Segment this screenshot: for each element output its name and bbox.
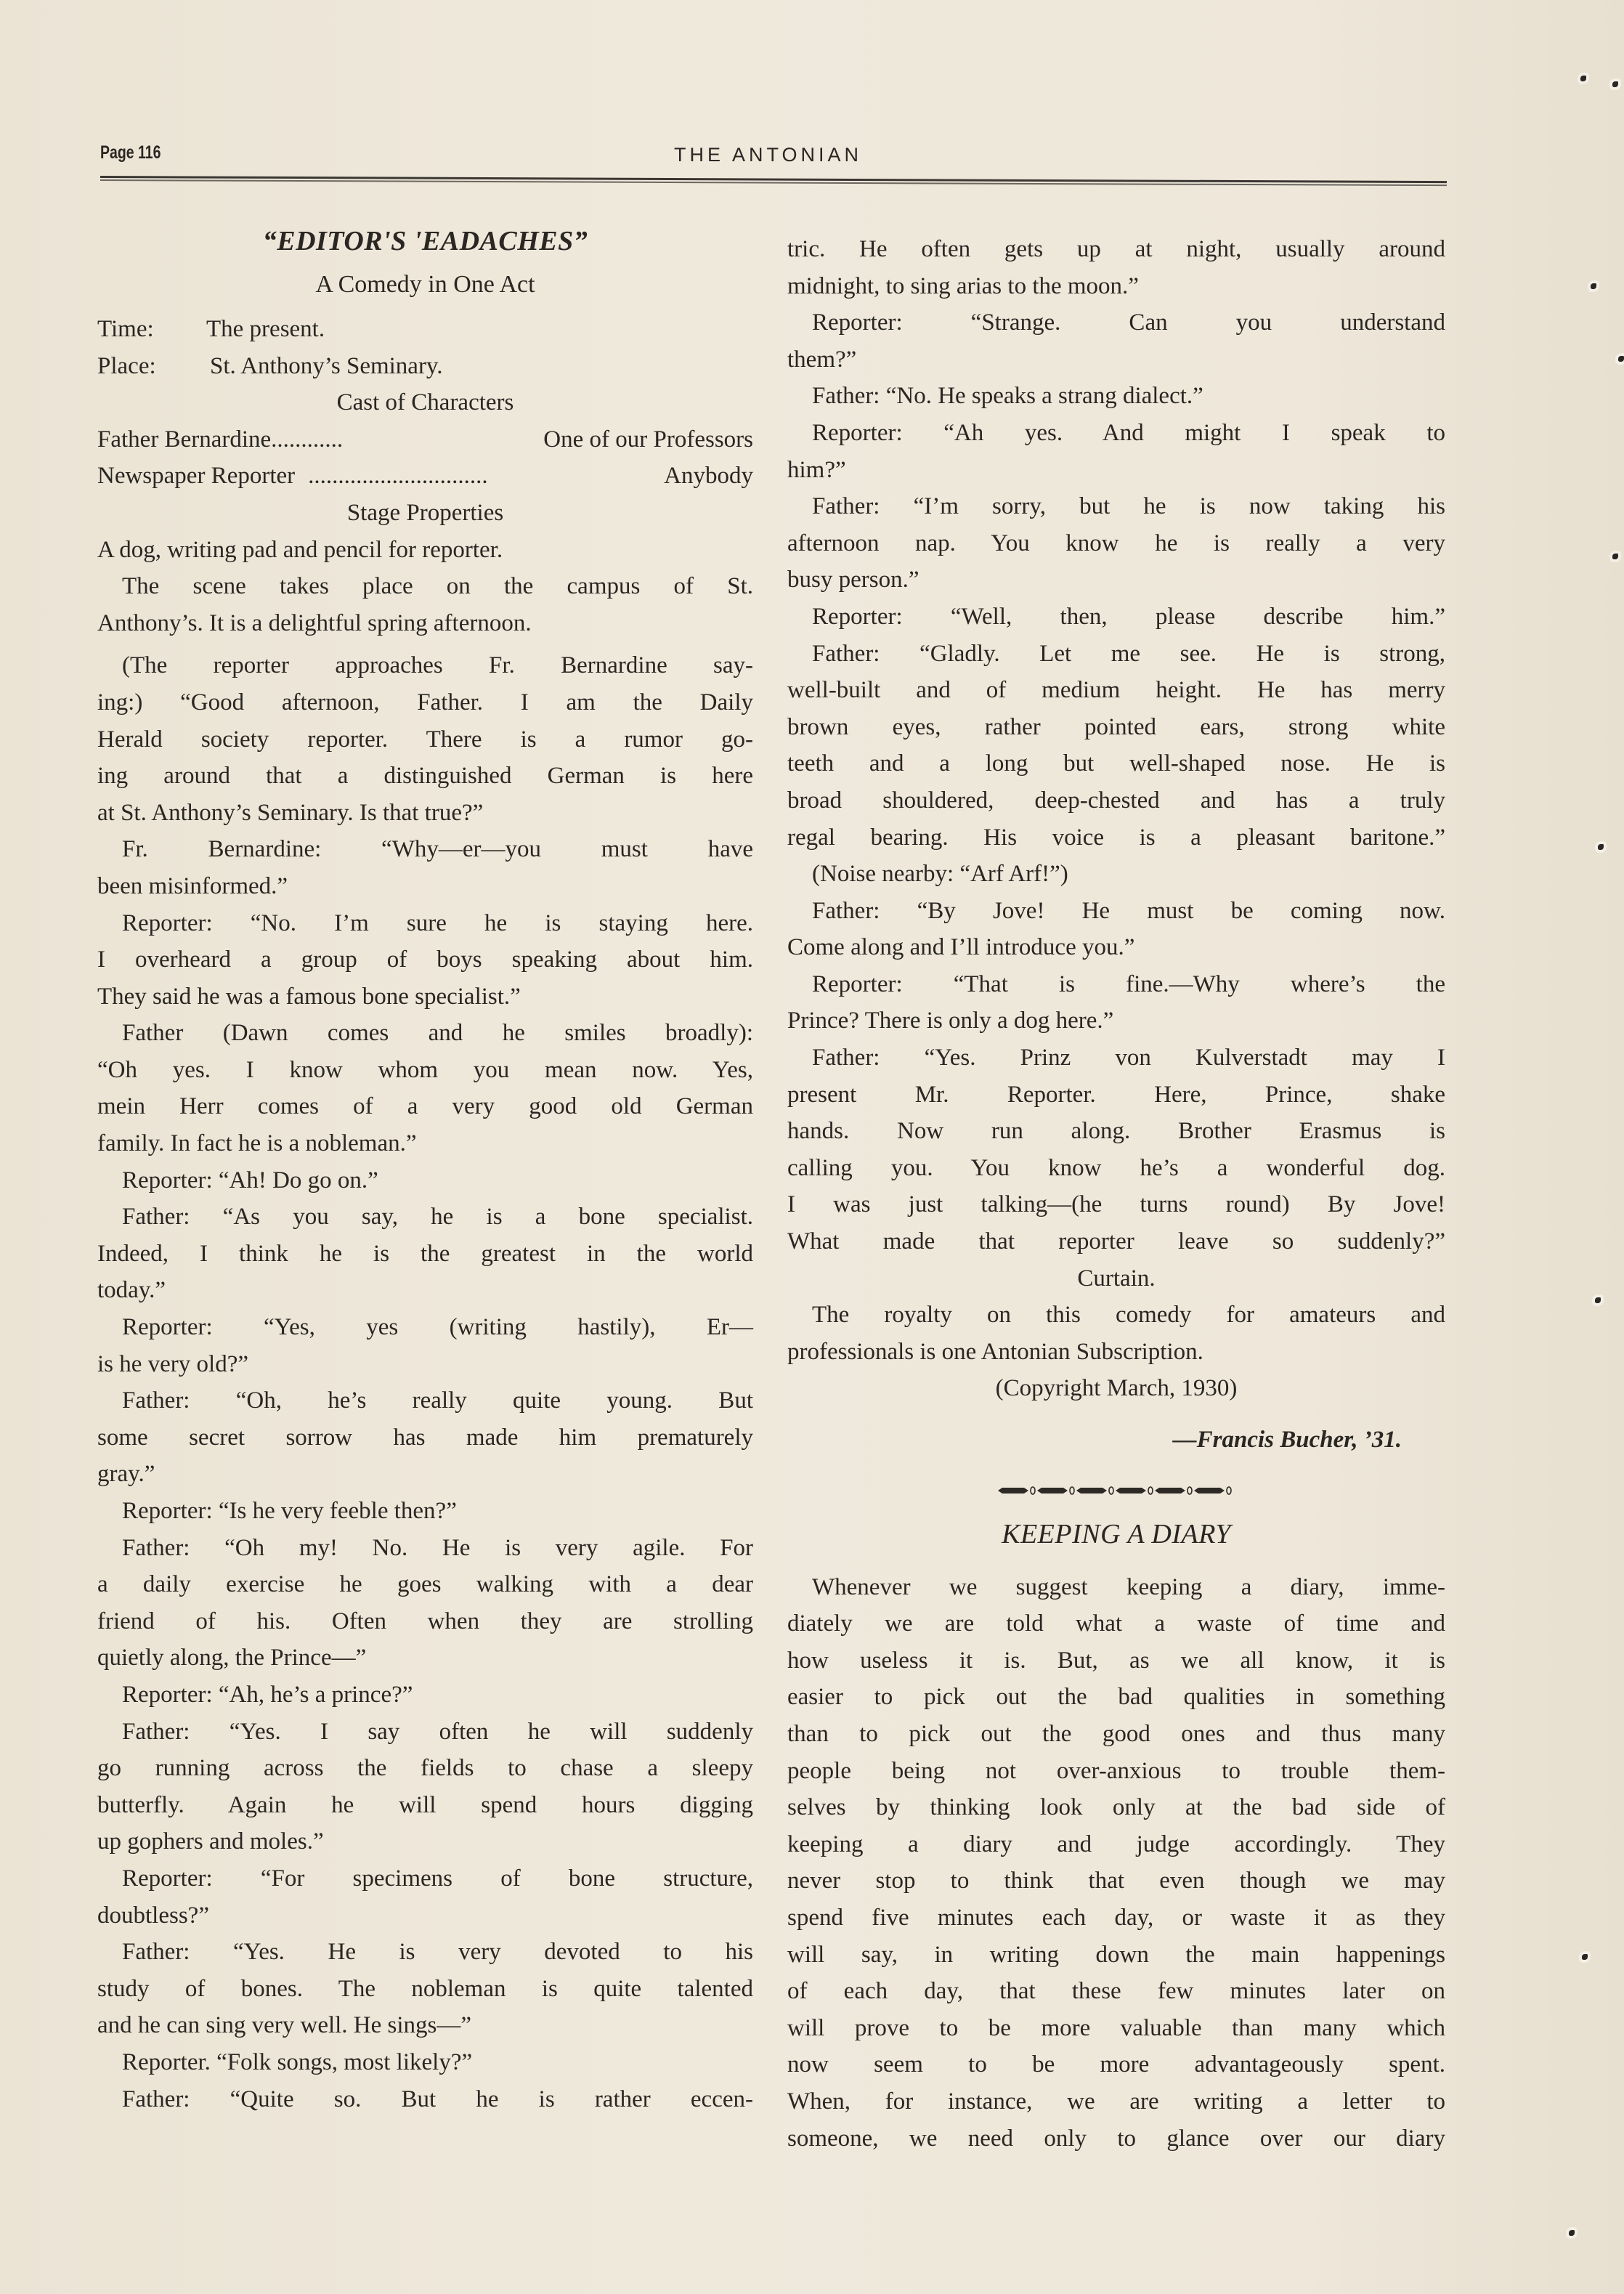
text-line: some secret sorrow has made him prematur… <box>97 1419 753 1456</box>
binding-hole-mark <box>1591 283 1596 289</box>
text-line: afternoon nap. You know he is really a v… <box>787 525 1445 562</box>
cast-description: Anybody <box>664 458 753 495</box>
cast-dots: ............ <box>271 421 543 458</box>
text-line: ing:) “Good afternoon, Father. I am the … <box>97 684 753 721</box>
text-line: Fr. Bernardine: “Why—er—you must have <box>97 831 753 868</box>
cast-description: One of our Professors <box>543 421 753 458</box>
properties-heading: Stage Properties <box>97 495 753 532</box>
text-line: Come along and I’ll introduce you.” <box>787 929 1445 966</box>
text-line: Father: “Yes. I say often he will sudden… <box>97 1714 753 1751</box>
text-line: how useless it is. But, as we all know, … <box>787 1642 1445 1679</box>
place-value: St. Anthony’s Seminary. <box>210 353 443 379</box>
text-line: study of bones. The nobleman is quite ta… <box>97 1971 753 2008</box>
royalty-line: professionals is one Antonian Subscripti… <box>787 1334 1445 1371</box>
header-rule <box>100 176 1447 186</box>
text-line: I was just talking—(he turns round) By J… <box>787 1186 1445 1223</box>
text-line: Father: “By Jove! He must be coming now. <box>787 893 1445 930</box>
text-line: present Mr. Reporter. Here, Prince, shak… <box>787 1077 1445 1114</box>
text-line: today.” <box>97 1272 753 1309</box>
text-line: Indeed, I think he is the greatest in th… <box>97 1236 753 1273</box>
left-column: “EDITOR'S 'EADACHES” A Comedy in One Act… <box>97 218 753 2117</box>
text-line: butterfly. Again he will spend hours dig… <box>97 1787 753 1824</box>
text-line: When, for instance, we are writing a let… <box>787 2083 1445 2120</box>
text-line: is he very old?” <box>97 1346 753 1383</box>
text-line: mein Herr comes of a very good old Germa… <box>97 1088 753 1125</box>
cast-role: Father Bernardine <box>97 421 271 458</box>
text-line: brown eyes, rather pointed ears, strong … <box>787 709 1445 746</box>
text-line: Anthony’s. It is a delightful spring aft… <box>97 605 753 642</box>
text-line: (Noise nearby: “Arf Arf!”) <box>787 856 1445 893</box>
text-line: They said he was a famous bone specialis… <box>97 978 753 1016</box>
text-line: keeping a diary and judge accordingly. T… <box>787 1826 1445 1863</box>
text-line: tric. He often gets up at night, usually… <box>787 231 1445 268</box>
text-line: spend five minutes each day, or waste it… <box>787 1900 1445 1937</box>
text-line: Father: “Oh, he’s really quite young. Bu… <box>97 1382 753 1419</box>
text-line: Father: “Quite so. But he is rather ecce… <box>97 2081 753 2118</box>
binding-hole-mark <box>1595 1297 1601 1303</box>
journal-title: THE ANTONIAN <box>674 144 862 166</box>
text-line: Reporter: “Ah, he’s a prince?” <box>97 1677 753 1714</box>
play-title: “EDITOR'S 'EADACHES” <box>97 218 753 264</box>
cast-role: Newspaper Reporter <box>97 458 295 495</box>
time-value: The present. <box>206 316 325 342</box>
binding-hole-mark <box>1612 554 1618 559</box>
text-line: selves by thinking look only at the bad … <box>787 1789 1445 1826</box>
chain-ornament-icon <box>996 1486 1236 1496</box>
text-line: Reporter: “Well, then, please describe h… <box>787 599 1445 636</box>
text-line: Reporter: “Ah! Do go on.” <box>97 1162 753 1199</box>
text-line: never stop to think that even though we … <box>787 1863 1445 1900</box>
text-line: Father: “As you say, he is a bone specia… <box>97 1199 753 1236</box>
text-line: teeth and a long but well-shaped nose. H… <box>787 745 1445 782</box>
curtain-line: Curtain. <box>787 1260 1445 1297</box>
text-line: ing around that a distinguished German i… <box>97 758 753 795</box>
binding-hole-mark <box>1569 2230 1575 2236</box>
text-line: The scene takes place on the campus of S… <box>97 568 753 605</box>
text-line: Father: “Yes. He is very devoted to his <box>97 1934 753 1971</box>
text-line: diately we are told what a waste of time… <box>787 1605 1445 1642</box>
author-byline: —Francis Bucher, ’31. <box>787 1422 1445 1459</box>
text-line: easier to pick out the bad qualities in … <box>787 1679 1445 1716</box>
text-line: What made that reporter leave so suddenl… <box>787 1223 1445 1260</box>
text-line: a daily exercise he goes walking with a … <box>97 1566 753 1603</box>
text-line: well-built and of medium height. He has … <box>787 672 1445 709</box>
text-line: midnight, to sing arias to the moon.” <box>787 268 1445 305</box>
text-line: been misinformed.” <box>97 868 753 905</box>
binding-hole-mark <box>1580 76 1586 81</box>
text-line: I overheard a group of boys speaking abo… <box>97 941 753 978</box>
play-subtitle: A Comedy in One Act <box>97 264 753 305</box>
text-line: of each day, that these few minutes late… <box>787 1973 1445 2010</box>
text-line: “Oh yes. I know whom you mean now. Yes, <box>97 1052 753 1089</box>
text-line: doubtless?” <box>97 1897 753 1934</box>
cast-row: Father Bernardine ............ One of ou… <box>97 421 753 458</box>
section-divider-ornament <box>787 1483 1445 1498</box>
cast-row: Newspaper Reporter .....................… <box>97 458 753 495</box>
right-column: tric. He often gets up at night, usually… <box>787 231 1445 2157</box>
text-line: Reporter: “Yes, yes (writing hastily), E… <box>97 1309 753 1346</box>
text-line: quietly along, the Prince—” <box>97 1640 753 1677</box>
diary-title: KEEPING A DIARY <box>787 1511 1445 1557</box>
text-line: someone, we need only to glance over our… <box>787 2120 1445 2157</box>
text-line: Father: “Gladly. Let me see. He is stron… <box>787 636 1445 673</box>
text-line: up gophers and moles.” <box>97 1823 753 1860</box>
text-line: Reporter: “For specimens of bone structu… <box>97 1860 753 1897</box>
text-line: Father (Dawn comes and he smiles broadly… <box>97 1015 753 1052</box>
text-line: busy person.” <box>787 562 1445 599</box>
text-line: will say, in writing down the main happe… <box>787 1937 1445 1974</box>
text-line: gray.” <box>97 1456 753 1493</box>
binding-hole-mark <box>1612 81 1618 87</box>
text-line: now seem to be more advantageously spent… <box>787 2046 1445 2083</box>
text-line: go running across the fields to chase a … <box>97 1750 753 1787</box>
text-line: him?” <box>787 452 1445 489</box>
text-line: and he can sing very well. He sings—” <box>97 2007 753 2044</box>
binding-hole-mark <box>1582 1954 1588 1960</box>
text-line: A dog, writing pad and pencil for report… <box>97 532 753 569</box>
text-line: Father: “I’m sorry, but he is now taking… <box>787 488 1445 525</box>
text-line: Reporter: “That is fine.—Why where’s the <box>787 966 1445 1003</box>
text-line: calling you. You know he’s a wonderful d… <box>787 1150 1445 1187</box>
text-line: Reporter: “Is he very feeble then?” <box>97 1493 753 1530</box>
binding-hole-mark <box>1618 356 1624 362</box>
page-number: Page 116 <box>100 142 161 163</box>
text-line: regal bearing. His voice is a pleasant b… <box>787 819 1445 856</box>
text-line: Father: “No. He speaks a strang dialect.… <box>787 378 1445 415</box>
text-line: people being not over-anxious to trouble… <box>787 1753 1445 1790</box>
text-line: family. In fact he is a nobleman.” <box>97 1125 753 1162</box>
binding-hole-mark <box>1598 844 1604 850</box>
text-line: will prove to be more valuable than many… <box>787 2010 1445 2047</box>
setting-place: Place:St. Anthony’s Seminary. <box>97 348 753 385</box>
cast-heading: Cast of Characters <box>97 384 753 421</box>
text-line: Father: “Oh my! No. He is very agile. Fo… <box>97 1530 753 1567</box>
place-label: Place: <box>97 348 210 385</box>
text-line: Reporter: “Strange. Can you understand <box>787 304 1445 341</box>
royalty-line: The royalty on this comedy for amateurs … <box>787 1297 1445 1334</box>
text-line: Whenever we suggest keeping a diary, imm… <box>787 1569 1445 1606</box>
text-line: friend of his. Often when they are strol… <box>97 1603 753 1640</box>
setting-time: Time:The present. <box>97 311 753 348</box>
text-line: Prince? There is only a dog here.” <box>787 1002 1445 1039</box>
time-label: Time: <box>97 311 206 348</box>
text-line: hands. Now run along. Brother Erasmus is <box>787 1113 1445 1150</box>
text-line: at St. Anthony’s Seminary. Is that true?… <box>97 795 753 832</box>
magazine-page: Page 116 THE ANTONIAN “EDITOR'S 'EADACHE… <box>0 0 1624 2294</box>
text-line: Father: “Yes. Prinz von Kulverstadt may … <box>787 1039 1445 1077</box>
text-line: (The reporter approaches Fr. Bernardine … <box>97 647 753 684</box>
page-header: Page 116 THE ANTONIAN <box>100 142 1447 186</box>
cast-dots: .............................. <box>295 458 664 495</box>
copyright-line: (Copyright March, 1930) <box>787 1370 1445 1407</box>
text-line: than to pick out the good ones and thus … <box>787 1716 1445 1753</box>
text-line: Reporter. “Folk songs, most likely?” <box>97 2044 753 2081</box>
text-line: Reporter: “Ah yes. And might I speak to <box>787 415 1445 452</box>
text-line: broad shouldered, deep-chested and has a… <box>787 782 1445 819</box>
text-line: them?” <box>787 341 1445 378</box>
text-line: Reporter: “No. I’m sure he is staying he… <box>97 905 753 942</box>
text-line: Herald society reporter. There is a rumo… <box>97 721 753 758</box>
